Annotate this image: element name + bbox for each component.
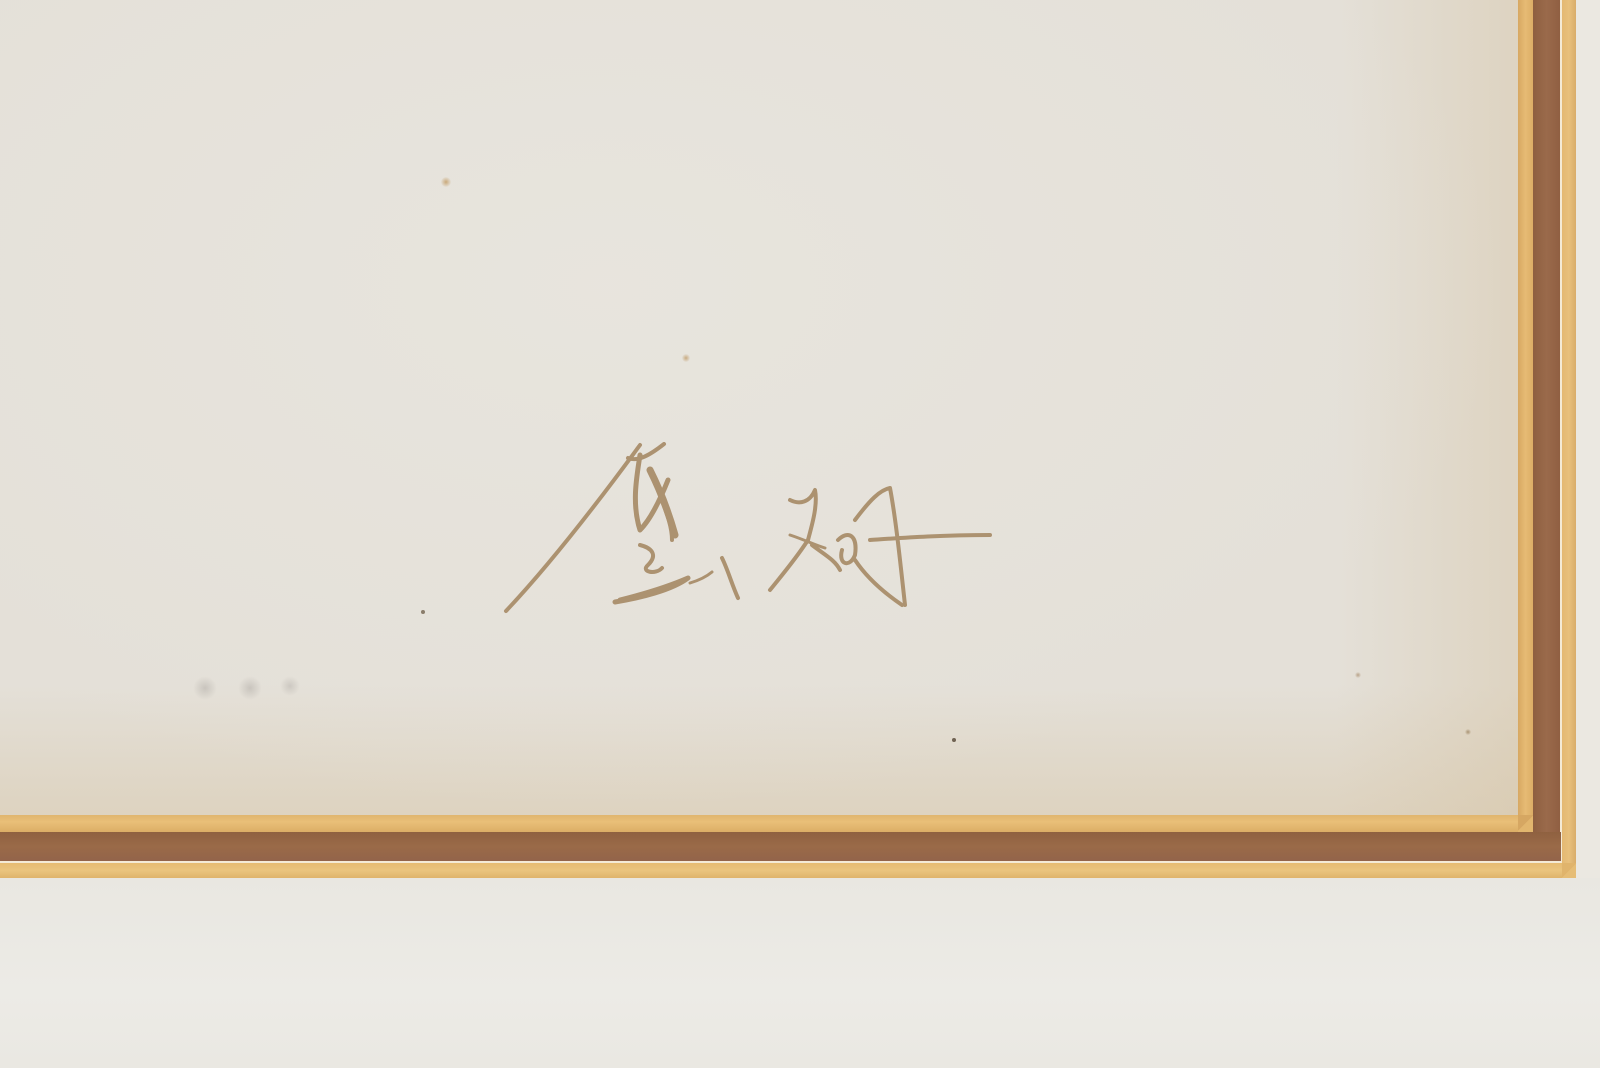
frame-outer-gold-right [1562, 0, 1576, 878]
foxing-spot [682, 354, 690, 362]
frame-white-line-bottom [0, 861, 1562, 863]
frame-inner-corner [1518, 815, 1533, 832]
frame-white-line-right [1560, 0, 1562, 863]
frame-outer-gold-bottom [0, 863, 1576, 878]
foxing-spot [1355, 672, 1361, 678]
smudge [193, 676, 217, 700]
framed-artwork-photo [0, 0, 1600, 1068]
frame-outer-corner [1562, 863, 1576, 878]
frame-inner-gold-right [1518, 0, 1533, 832]
foxing-spot [1465, 729, 1471, 735]
frame-brown-band-bottom [0, 832, 1561, 861]
foxing-spot [952, 738, 956, 742]
smudge [238, 676, 262, 700]
artwork-paper [0, 0, 1518, 815]
mat-board-right [1576, 0, 1600, 878]
foxing-spot [421, 610, 425, 614]
foxing-spot [441, 177, 451, 187]
mat-board-bottom [0, 878, 1600, 1068]
frame-brown-band-right [1533, 0, 1560, 861]
smudge [280, 676, 300, 696]
frame-inner-gold-bottom [0, 815, 1533, 832]
